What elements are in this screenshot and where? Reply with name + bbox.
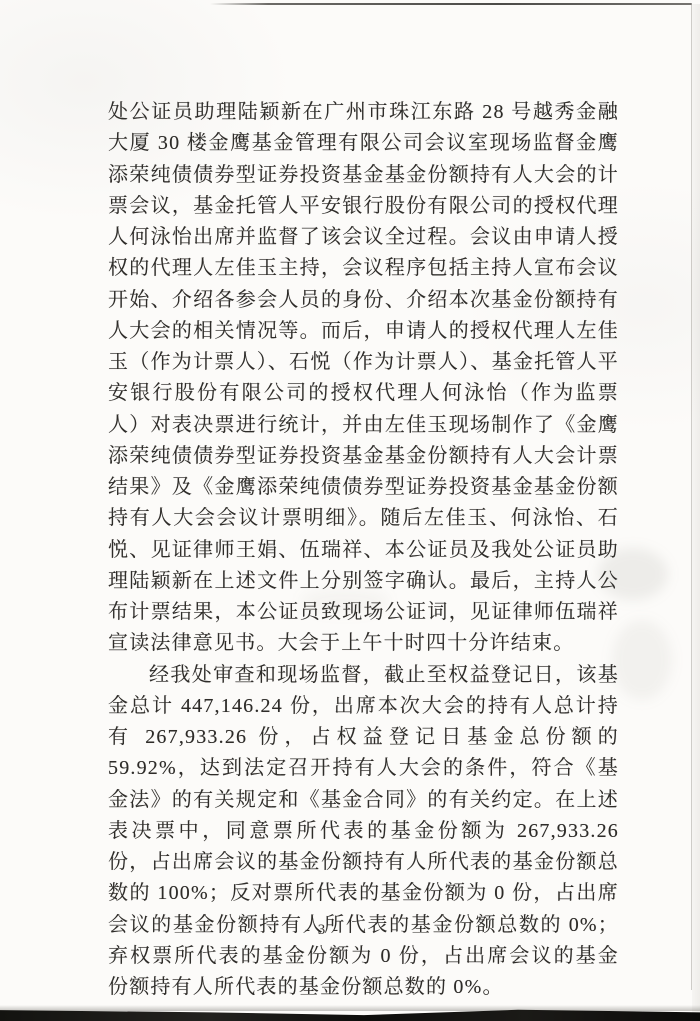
page-right-edge-shade xyxy=(692,4,700,1014)
page-number: - 3 - xyxy=(0,922,645,939)
scanned-document-page: 处公证员助理陆颖新在广州市珠江东路 28 号越秀金融大厦 30 楼金鹰基金管理有… xyxy=(0,0,700,1021)
paragraph-meeting-record: 处公证员助理陆颖新在广州市珠江东路 28 号越秀金融大厦 30 楼金鹰基金管理有… xyxy=(108,97,619,660)
scan-bottom-shadow xyxy=(0,1005,700,1011)
document-body-text: 处公证员助理陆颖新在广州市珠江东路 28 号越秀金融大厦 30 楼金鹰基金管理有… xyxy=(108,97,619,1003)
page-right-edge-line xyxy=(691,4,692,990)
paragraph-vote-statistics: 经我处审查和现场监督，截止至权益登记日，该基金总计 447,146.24 份，出… xyxy=(108,660,619,1004)
scan-smudge xyxy=(612,620,672,700)
page-top-edge-line xyxy=(210,3,692,5)
